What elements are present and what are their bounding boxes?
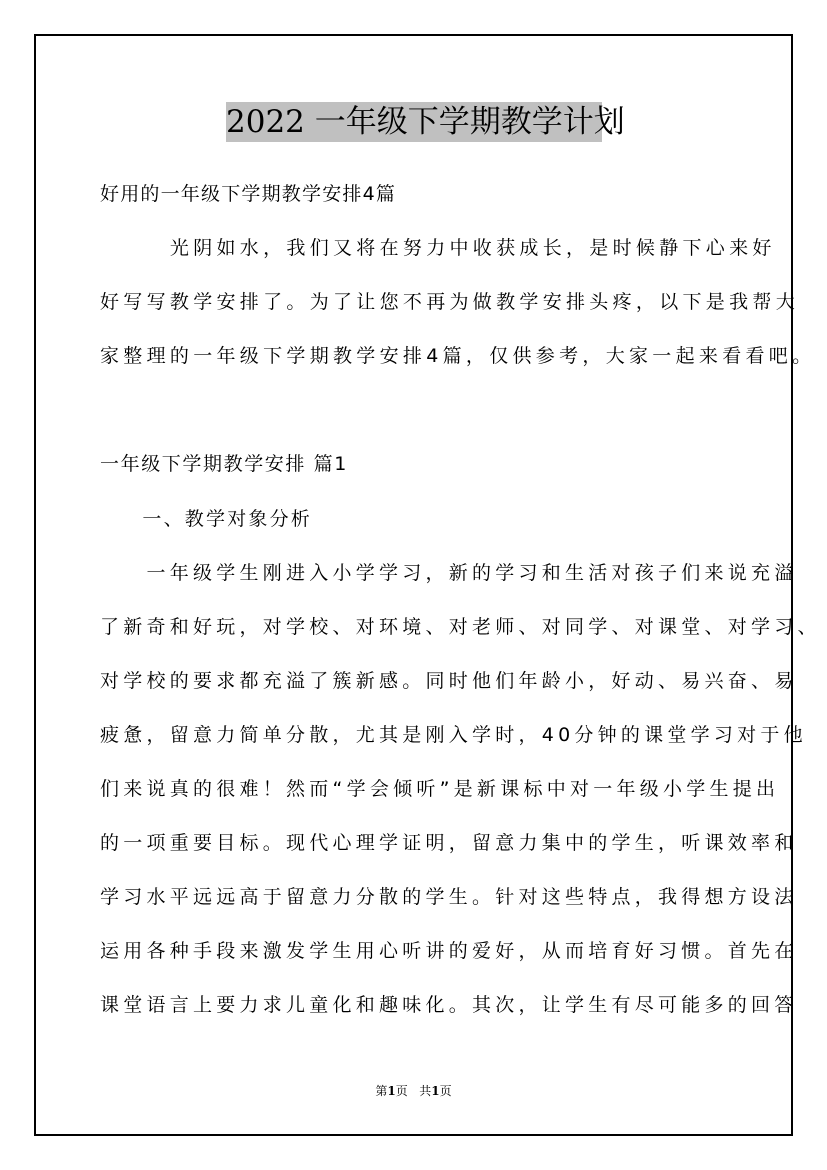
total-prefix: 共 xyxy=(419,1084,431,1098)
page-suffix: 页 xyxy=(396,1084,408,1098)
body-line: 了新奇和好玩，对学校、对环境、对老师、对同学、对课堂、对学习、 xyxy=(100,615,821,639)
total-suffix: 页 xyxy=(440,1084,452,1098)
body-line: 学习水平远远高于留意力分散的学生。针对这些特点，我得想方设法 xyxy=(100,885,798,909)
intro-line: 光阴如水，我们又将在努力中收获成长，是时候静下心来好 xyxy=(100,236,776,260)
total-pages: 1 xyxy=(431,1084,439,1098)
body-line: 运用各种手段来激发学生用心听讲的爱好，从而培育好习惯。首先在 xyxy=(100,939,798,963)
intro-line: 好写写教学安排了。为了让您不再为做教学安排头疼，以下是我帮大 xyxy=(100,290,799,314)
body-line: 疲惫，留意力简单分散，尤其是刚入学时，40分钟的课堂学习对于他 xyxy=(100,723,807,747)
page-number: 1 xyxy=(387,1084,395,1098)
body-line: 课堂语言上要力求儿童化和趣味化。其次，让学生有尽可能多的回答 xyxy=(100,993,798,1017)
body-line: 们来说真的很难！然而“学会倾听”是新课标中对一年级小学生提出 xyxy=(100,777,779,801)
document-subtitle: 好用的一年级下学期教学安排4篇 xyxy=(100,182,396,206)
section-heading: 一年级下学期教学安排 篇1 xyxy=(100,452,348,476)
document-title: 2022 一年级下学期教学计划 xyxy=(226,102,602,142)
subsection-heading: 一、教学对象分析 xyxy=(100,507,312,531)
body-line: 对学校的要求都充溢了簇新感。同时他们年龄小，好动、易兴奋、易 xyxy=(100,669,798,693)
page-prefix: 第 xyxy=(375,1084,387,1098)
intro-line: 家整理的一年级下学期教学安排4篇，仅供参考，大家一起来看看吧。 xyxy=(100,344,815,368)
body-line: 的一项重要目标。现代心理学证明，留意力集中的学生，听课效率和 xyxy=(100,831,798,855)
page-footer: 第1页 共1页 xyxy=(0,1083,827,1099)
body-line: 一年级学生刚进入小学学习，新的学习和生活对孩子们来说充溢 xyxy=(100,561,798,585)
